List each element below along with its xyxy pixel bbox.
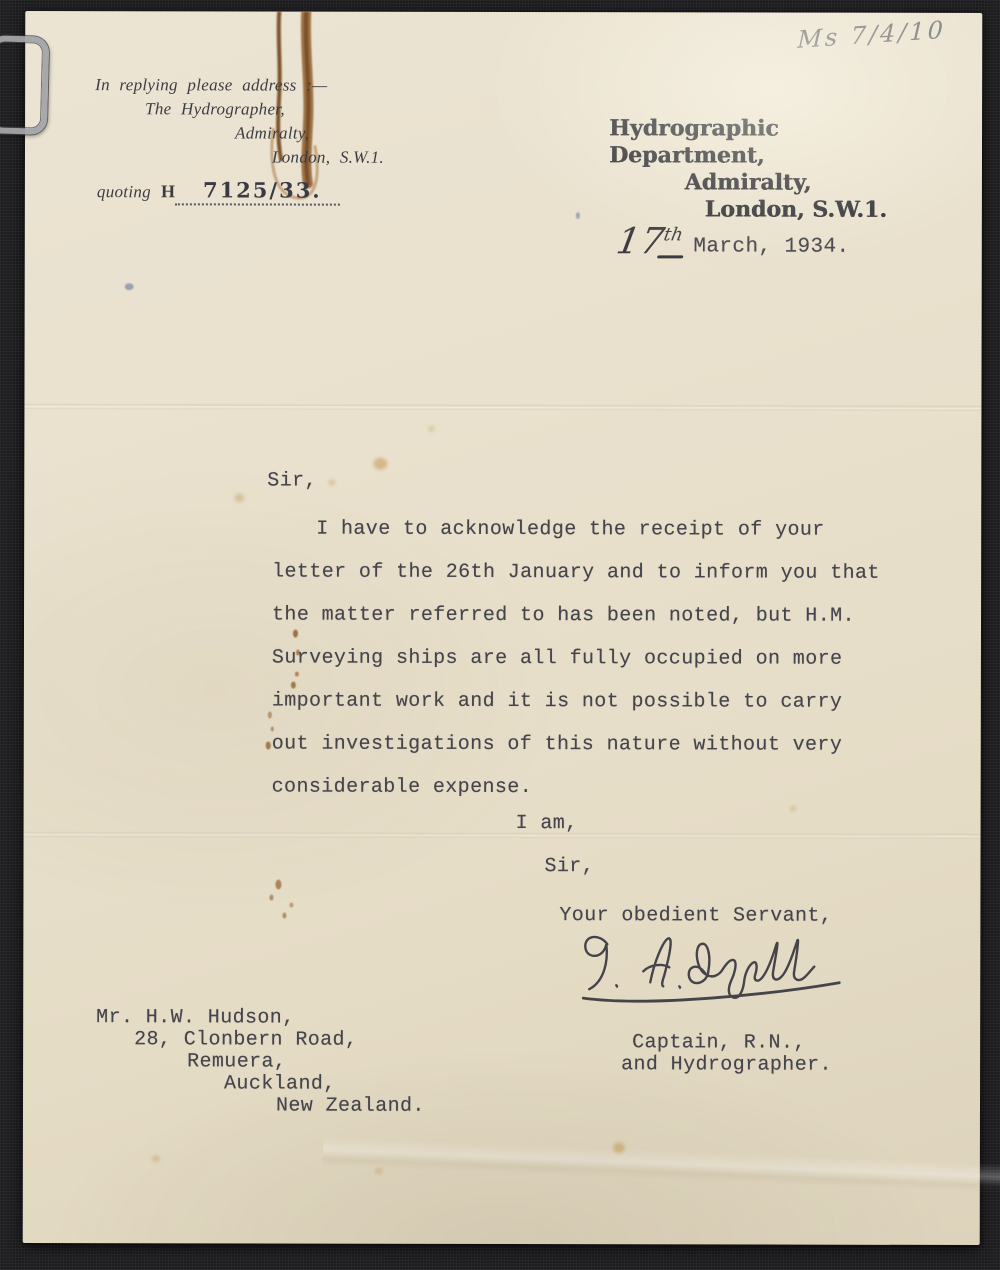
handwritten-day: 17th (614, 224, 687, 260)
scanned-letter-scene: Ms 7/4/10 In replying please address :— … (0, 0, 1000, 1270)
fold-crease-top (24, 403, 981, 411)
rust-speck (269, 895, 273, 901)
body-line: considerable expense. (272, 766, 912, 810)
foxing-spot (428, 426, 434, 432)
ink-speck (125, 283, 134, 290)
letter-paper: Ms 7/4/10 In replying please address :— … (23, 11, 983, 1245)
body-line: letter of the 26th January and to inform… (272, 551, 912, 595)
salutation: Sir, (267, 470, 317, 493)
recipient-line: 28, Clonbern Road, (96, 1029, 425, 1052)
paperclip (0, 35, 49, 135)
reply-address-line: London, S.W.1. (95, 145, 425, 170)
foxing-spot (613, 1142, 625, 1153)
letterhead-line: London, S.W.1. (609, 196, 887, 224)
reference-number: 7125/33. (175, 178, 340, 205)
letterhead-line: Hydrographic Department, (609, 115, 887, 170)
body-line: Surveying ships are all fully occupied o… (272, 637, 912, 681)
recipient-line: New Zealand. (96, 1095, 425, 1118)
foxing-spot (152, 1155, 160, 1162)
closing-line: Sir, (544, 855, 594, 878)
date-line: 17th March, 1934. (617, 224, 850, 260)
closing-line: Your obedient Servant, (559, 904, 832, 928)
typed-date: March, 1934. (693, 235, 849, 258)
ink-speck (576, 212, 580, 219)
foxing-spot (373, 458, 387, 470)
body-line: I have to acknowledge the receipt of you… (272, 508, 912, 552)
body-line: the matter referred to has been noted, b… (272, 594, 912, 638)
signature-graphic (571, 930, 863, 1013)
foxing-spot (328, 480, 335, 486)
signer-title-line: and Hydrographer. (621, 1054, 832, 1076)
recipient-line: Mr. H.W. Hudson, (96, 1007, 425, 1030)
letterhead-block: Hydrographic Department, Admiralty, Lond… (609, 115, 887, 224)
reply-address-block: In replying please address :— The Hydrog… (95, 73, 425, 206)
letterhead-line: Admiralty, (609, 169, 887, 197)
body-line: important work and it is not possible to… (272, 680, 912, 724)
reply-address-line: In replying please address :— (95, 73, 425, 98)
quoting-letter: H (161, 179, 175, 203)
fold-crease-bottom (24, 831, 981, 839)
recipient-address-block: Mr. H.W. Hudson, 28, Clonbern Road, Remu… (96, 1007, 425, 1118)
signer-title-line: Captain, R.N., (621, 1032, 832, 1054)
body-paragraph: I have to acknowledge the receipt of you… (272, 508, 913, 810)
foxing-spot (375, 1168, 383, 1175)
handwritten-dash (657, 255, 684, 258)
quoting-label: quoting (97, 180, 151, 204)
pencil-archive-reference: Ms 7/4/10 (797, 16, 946, 54)
quoting-reference-row: quoting H 7125/33. (95, 178, 425, 206)
recipient-line: Auckland, (96, 1073, 425, 1096)
reply-address-line: Admiralty, (95, 121, 425, 146)
body-line: out investigations of this nature withou… (272, 723, 912, 767)
rust-speck (266, 742, 271, 750)
rust-speck (275, 880, 281, 890)
foxing-spot (234, 493, 244, 502)
recipient-line: Remuera, (96, 1051, 425, 1074)
signer-title-block: Captain, R.N., and Hydrographer. (621, 1032, 832, 1076)
closing-line: I am, (516, 812, 578, 835)
rust-speck (289, 903, 293, 908)
reply-address-line: The Hydrographer, (95, 97, 425, 122)
rust-speck (282, 913, 286, 919)
paper-sheen (323, 1136, 1000, 1194)
